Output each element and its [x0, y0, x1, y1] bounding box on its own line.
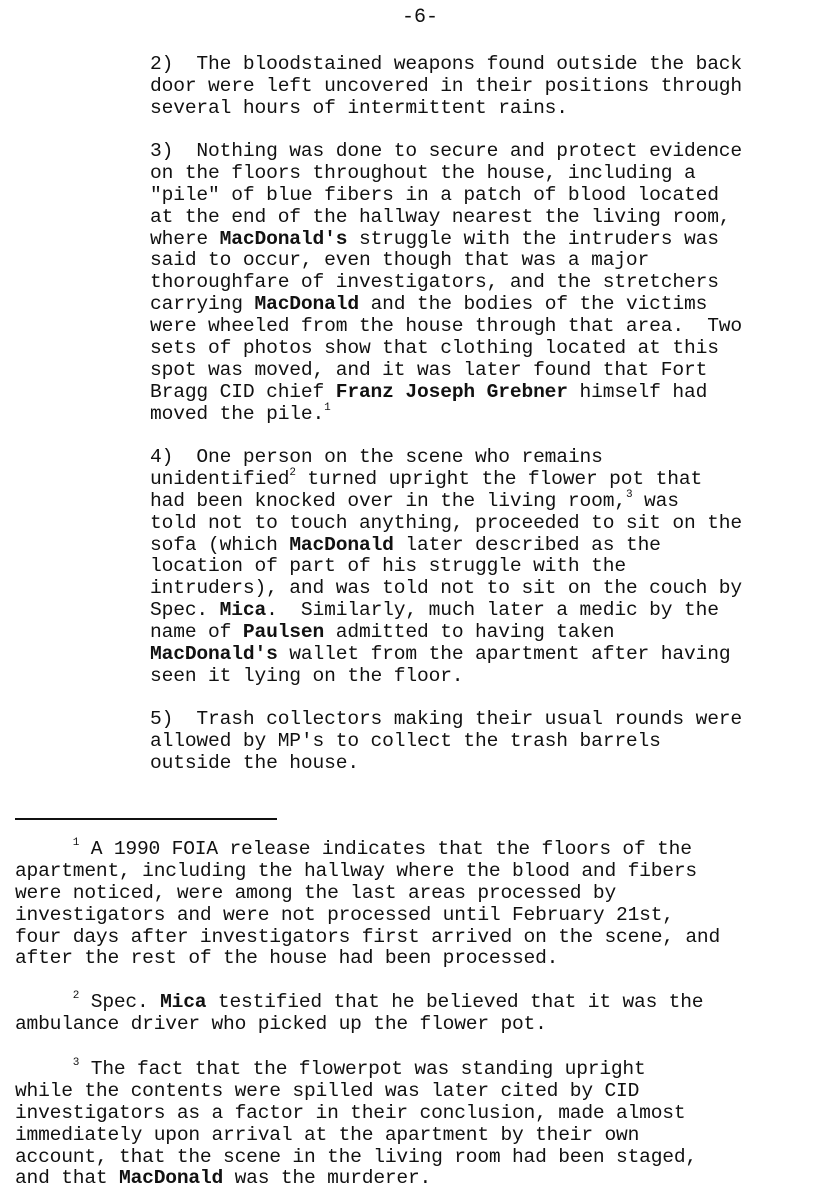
text-line: Bragg CID chief Franz Joseph Grebner him… [150, 382, 840, 404]
text-run: name of [150, 621, 243, 643]
text-run: sets of photos show that clothing locate… [150, 337, 719, 359]
text-run: later described as the [394, 534, 661, 556]
text-line: allowed by MP's to collect the trash bar… [150, 731, 840, 753]
text-run: 3) Nothing was done to secure and protec… [150, 140, 742, 162]
text-run: immediately upon arrival at the apartmen… [15, 1124, 639, 1146]
bold-name: Franz Joseph Grebner [336, 381, 568, 403]
text-run: had been knocked over in the living room… [150, 490, 626, 512]
text-line: ambulance driver who picked up the flowe… [15, 1014, 840, 1036]
text-line: had been knocked over in the living room… [150, 491, 840, 513]
bold-name: MacDonald [289, 534, 393, 556]
text-line: said to occur, even though that was a ma… [150, 250, 840, 272]
text-run: intruders), and was told not to sit on t… [150, 577, 742, 599]
text-run: door were left uncovered in their positi… [150, 75, 742, 97]
text-line: unidentified2 turned upright the flower … [150, 469, 840, 491]
text-run: at the end of the hallway nearest the li… [150, 206, 730, 228]
text-run: outside the house. [150, 752, 359, 774]
text-line: name of Paulsen admitted to having taken [150, 622, 840, 644]
text-run: four days after investigators first arri… [15, 926, 720, 948]
text-line: 3) Nothing was done to secure and protec… [150, 141, 840, 163]
text-line: Spec. Mica. Similarly, much later a medi… [150, 600, 840, 622]
text-run: and that [15, 1167, 119, 1189]
list-item-5: 5) Trash collectors making their usual r… [150, 709, 840, 775]
text-run: thoroughfare of investigators, and the s… [150, 271, 719, 293]
bold-name: MacDonald [119, 1167, 223, 1189]
text-run: investigators as a factor in their concl… [15, 1102, 685, 1124]
text-line: were noticed, were among the last areas … [15, 883, 840, 905]
text-line: spot was moved, and it was later found t… [150, 360, 840, 382]
text-run: several hours of intermittent rains. [150, 97, 568, 119]
text-line: account, that the scene in the living ro… [15, 1147, 840, 1169]
text-run: turned upright the flower pot that [296, 468, 702, 490]
text-line: 1 A 1990 FOIA release indicates that the… [15, 839, 840, 861]
text-line: were wheeled from the house through that… [150, 316, 840, 338]
footnote-2: 2 Spec. Mica testified that he believed … [15, 992, 840, 1036]
text-line: apartment, including the hallway where t… [15, 861, 840, 883]
text-line: while the contents were spilled was late… [15, 1081, 840, 1103]
text-run: after the rest of the house had been pro… [15, 947, 558, 969]
text-line: 2 Spec. Mica testified that he believed … [15, 992, 840, 1014]
text-run: allowed by MP's to collect the trash bar… [150, 730, 661, 752]
text-line: door were left uncovered in their positi… [150, 76, 840, 98]
text-run: account, that the scene in the living ro… [15, 1146, 697, 1168]
text-line: intruders), and was told not to sit on t… [150, 578, 840, 600]
text-line: where MacDonald's struggle with the intr… [150, 229, 840, 251]
text-run: unidentified [150, 468, 289, 490]
text-run: ambulance driver who picked up the flowe… [15, 1013, 547, 1035]
text-run: where [150, 228, 220, 250]
text-run: were wheeled from the house through that… [150, 315, 742, 337]
footnote-1: 1 A 1990 FOIA release indicates that the… [15, 839, 840, 970]
list-item-4: 4) One person on the scene who remainsun… [150, 447, 840, 688]
text-line: several hours of intermittent rains. [150, 98, 840, 120]
text-run: said to occur, even though that was a ma… [150, 249, 649, 271]
text-line: on the floors throughout the house, incl… [150, 163, 840, 185]
text-line: carrying MacDonald and the bodies of the… [150, 294, 840, 316]
text-run: admitted to having taken [324, 621, 614, 643]
text-run: spot was moved, and it was later found t… [150, 359, 707, 381]
text-run: told not to touch anything, proceeded to… [150, 512, 742, 534]
text-line: 2) The bloodstained weapons found outsid… [150, 54, 840, 76]
text-line: after the rest of the house had been pro… [15, 948, 840, 970]
text-run: was [632, 490, 678, 512]
text-line: at the end of the hallway nearest the li… [150, 207, 840, 229]
text-run: on the floors throughout the house, incl… [150, 162, 696, 184]
footnote-separator [15, 818, 277, 820]
text-line: four days after investigators first arri… [15, 927, 840, 949]
text-line: moved the pile.1 [150, 404, 840, 426]
text-run: was the murderer. [223, 1167, 431, 1189]
text-line: thoroughfare of investigators, and the s… [150, 272, 840, 294]
text-run: moved the pile. [150, 403, 324, 425]
bold-name: MacDonald's [220, 228, 348, 250]
text-run: The fact that the flowerpot was standing… [79, 1058, 645, 1080]
text-line: and that MacDonald was the murderer. [15, 1168, 840, 1190]
text-run: and the bodies of the victims [359, 293, 707, 315]
text-run [15, 838, 73, 860]
text-run [15, 1058, 73, 1080]
text-run: wallet from the apartment after having [278, 643, 731, 665]
text-line: immediately upon arrival at the apartmen… [15, 1125, 840, 1147]
footnote-3: 3 The fact that the flowerpot was standi… [15, 1059, 840, 1190]
text-run: location of part of his struggle with th… [150, 555, 626, 577]
text-line: 3 The fact that the flowerpot was standi… [15, 1059, 840, 1081]
text-line: "pile" of blue fibers in a patch of bloo… [150, 185, 840, 207]
text-run: while the contents were spilled was late… [15, 1080, 639, 1102]
text-run: Spec. [79, 991, 160, 1013]
text-run: A 1990 FOIA release indicates that the f… [79, 838, 692, 860]
text-run [15, 991, 73, 1013]
text-run: 4) One person on the scene who remains [150, 446, 603, 468]
text-line: 4) One person on the scene who remains [150, 447, 840, 469]
text-run: . Similarly, much later a medic by the [266, 599, 719, 621]
text-run: "pile" of blue fibers in a patch of bloo… [150, 184, 719, 206]
text-line: 5) Trash collectors making their usual r… [150, 709, 840, 731]
text-run: seen it lying on the floor. [150, 665, 463, 687]
text-run: 5) Trash collectors making their usual r… [150, 708, 742, 730]
text-run: 2) The bloodstained weapons found outsid… [150, 53, 742, 75]
list-item-2: 2) The bloodstained weapons found outsid… [150, 54, 840, 120]
bold-name: MacDonald's [150, 643, 278, 665]
text-line: investigators as a factor in their concl… [15, 1103, 840, 1125]
text-run: apartment, including the hallway where t… [15, 860, 697, 882]
footnote-marker: 1 [324, 402, 330, 414]
bold-name: Mica [220, 599, 266, 621]
text-run: were noticed, were among the last areas … [15, 882, 616, 904]
text-run: carrying [150, 293, 254, 315]
bold-name: Paulsen [243, 621, 324, 643]
text-run: investigators and were not processed unt… [15, 904, 674, 926]
bold-name: MacDonald [254, 293, 358, 315]
text-line: MacDonald's wallet from the apartment af… [150, 644, 840, 666]
page-number: -6- [0, 6, 840, 30]
text-run: sofa (which [150, 534, 289, 556]
text-line: location of part of his struggle with th… [150, 556, 840, 578]
text-run: testified that he believed that it was t… [206, 991, 703, 1013]
text-line: sets of photos show that clothing locate… [150, 338, 840, 360]
text-line: told not to touch anything, proceeded to… [150, 513, 840, 535]
text-run: Spec. [150, 599, 220, 621]
text-line: seen it lying on the floor. [150, 666, 840, 688]
text-run: Bragg CID chief [150, 381, 336, 403]
list-item-3: 3) Nothing was done to secure and protec… [150, 141, 840, 426]
text-run: struggle with the intruders was [347, 228, 718, 250]
text-line: investigators and were not processed unt… [15, 905, 840, 927]
bold-name: Mica [160, 991, 206, 1013]
text-line: outside the house. [150, 753, 840, 775]
text-line: sofa (which MacDonald later described as… [150, 535, 840, 557]
text-run: himself had [568, 381, 707, 403]
